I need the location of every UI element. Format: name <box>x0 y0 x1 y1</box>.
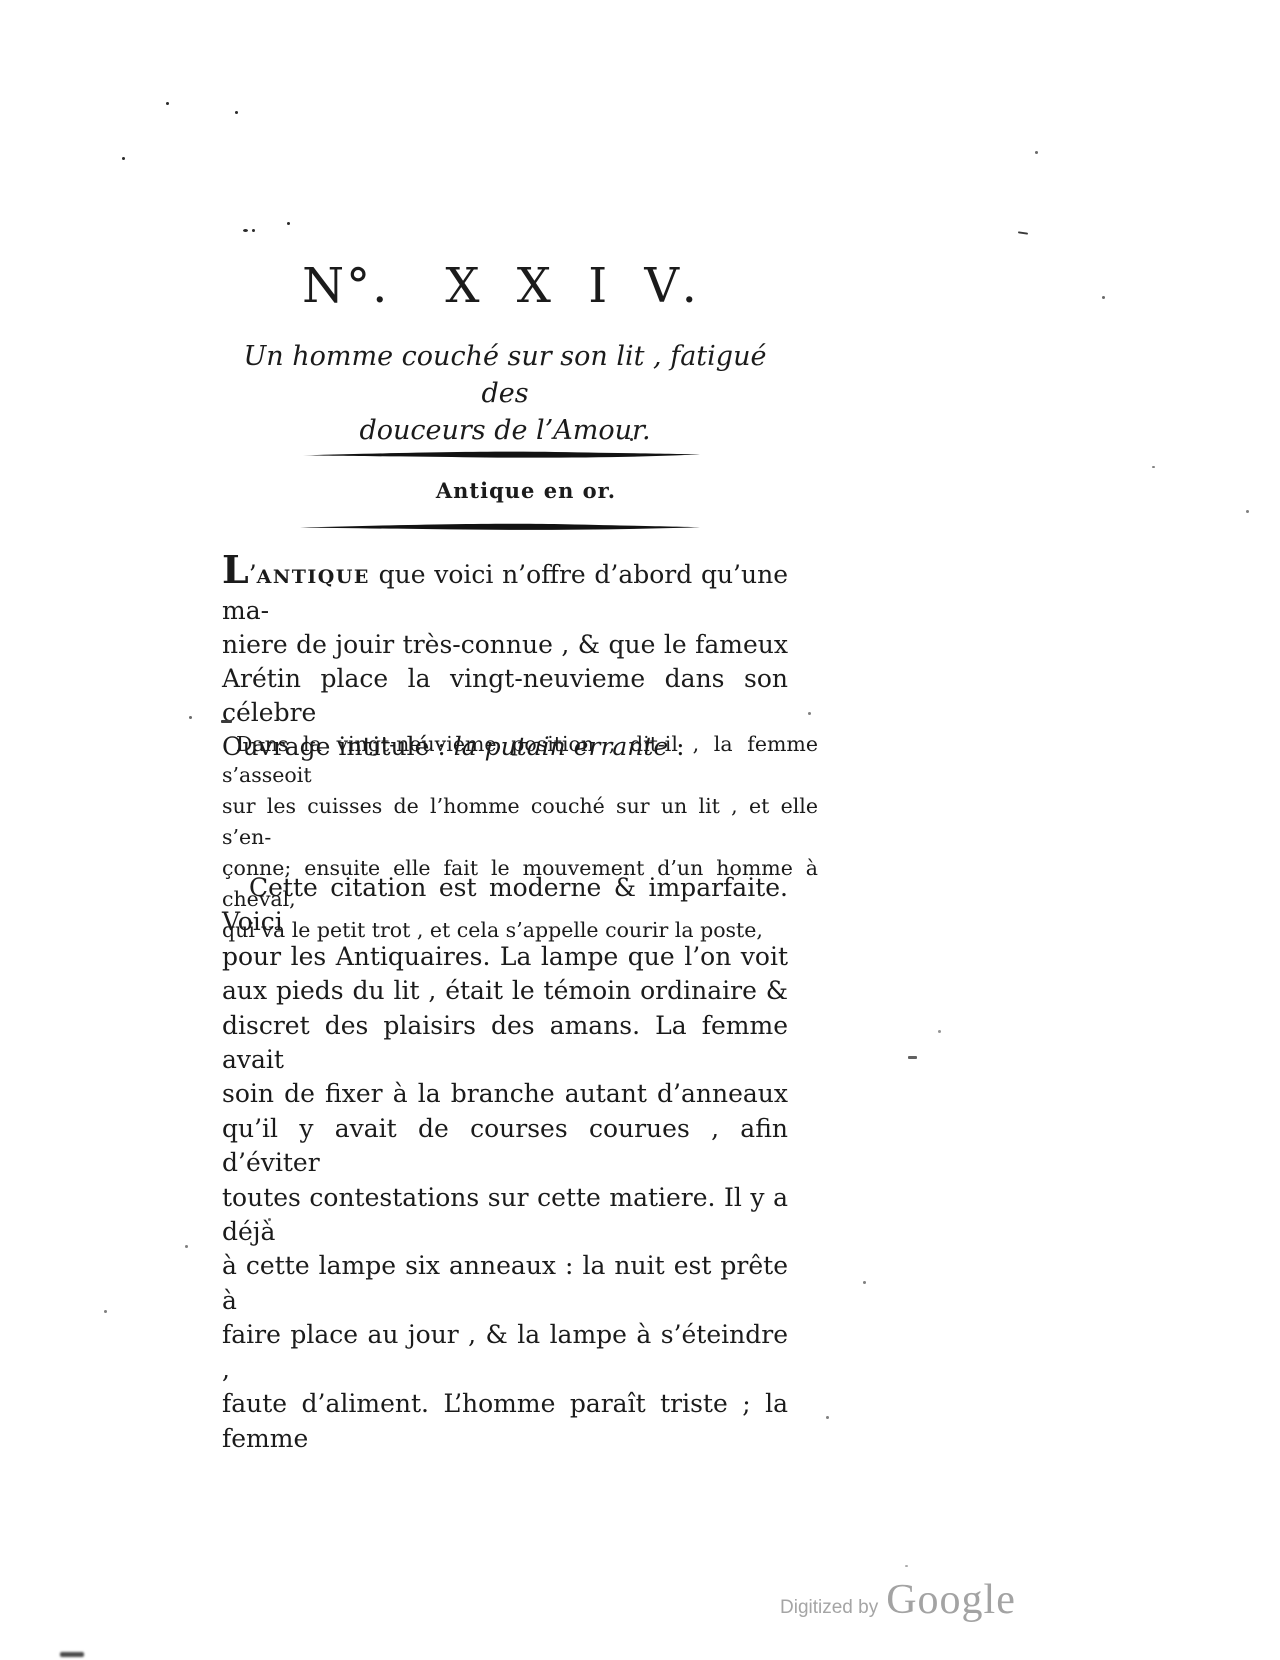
main-line-6: qu’il y avait de courses courues , afin … <box>222 1112 788 1181</box>
scan-speck <box>287 222 290 225</box>
drop-cap: L <box>222 547 249 592</box>
paragraph-intro-line-1: L’antique que voici n’offre d’abord qu’u… <box>222 558 788 628</box>
scan-speck <box>104 1310 107 1313</box>
ornamental-rule-bottom <box>300 522 700 532</box>
ornamental-rule-top <box>303 450 700 460</box>
scan-speck <box>1102 296 1105 299</box>
scan-speck <box>185 1245 188 1248</box>
scan-speck <box>1246 510 1249 513</box>
scan-speck <box>1035 151 1038 154</box>
chapter-number-roman: X X I V. <box>445 258 708 314</box>
scan-speck <box>1152 466 1155 468</box>
google-logo: Google <box>886 1576 1016 1624</box>
scan-mark <box>1018 231 1028 234</box>
paragraph-main: Cette citation est moderne & imparfaite.… <box>222 871 788 1456</box>
scan-mark <box>908 1056 917 1059</box>
scan-speck <box>826 1416 829 1419</box>
main-line-1: Cette citation est moderne & imparfaite.… <box>222 871 788 940</box>
scan-speck <box>863 1281 866 1284</box>
quote-line-2: sur les cuisses de l’homme couché sur un… <box>222 791 818 853</box>
main-line-2: pour les Antiquaires. La lampe que l’on … <box>222 940 788 974</box>
digitization-watermark: Digitized by Google <box>780 1576 1016 1624</box>
scan-mark <box>221 720 232 723</box>
section-caption: Antique en or. <box>222 478 788 503</box>
main-line-9: faire place au jour , & la lampe à s’éte… <box>222 1318 788 1387</box>
main-line-5: soin de fixer à la branche autant d’anne… <box>222 1077 788 1111</box>
scan-smudge <box>60 1652 84 1657</box>
drop-cap-apostrophe: ’ <box>249 560 257 589</box>
scan-speck <box>122 157 125 160</box>
main-line-4: discret des plaisirs des amans. La femme… <box>222 1009 788 1078</box>
scanned-book-page: N°.X X I V. Un homme couché sur son lit … <box>0 0 1280 1660</box>
chapter-number: N°.X X I V. <box>222 258 788 314</box>
main-line-8: à cette lampe six anneaux : la nuit est … <box>222 1249 788 1318</box>
scan-speck <box>905 1565 908 1567</box>
quote-line-1: Dans la vingt-neuvieme position , dit-il… <box>222 729 818 791</box>
main-line-10: faute d’aliment. L’homme paraît triste ;… <box>222 1387 788 1456</box>
scan-speck <box>268 1218 271 1221</box>
paragraph-intro-line-3: Arétin place la vingt-neuvieme dans son … <box>222 662 788 730</box>
main-line-3: aux pieds du lit , était le témoin ordin… <box>222 974 788 1008</box>
subtitle-line-2: douceurs de l’Amour. <box>222 412 788 449</box>
scan-speck <box>243 229 248 232</box>
subtitle-line-1: Un homme couché sur son lit , fatigué de… <box>222 338 788 412</box>
digitized-by-label: Digitized by <box>780 1597 878 1619</box>
chapter-subtitle: Un homme couché sur son lit , fatigué de… <box>222 338 788 449</box>
scan-speck <box>166 102 169 105</box>
paragraph-intro-line-2: niere de jouir très-connue , & que le fa… <box>222 628 788 662</box>
scan-speck <box>189 716 192 719</box>
scan-speck <box>808 712 811 715</box>
scan-speck <box>235 111 238 114</box>
scan-speck <box>938 1030 941 1033</box>
scan-speck <box>252 229 255 232</box>
chapter-number-label: N°. <box>302 258 389 314</box>
scan-speck <box>630 438 633 441</box>
main-line-7: toutes contestations sur cette matiere. … <box>222 1181 788 1250</box>
smallcaps-word: antique <box>257 566 370 588</box>
